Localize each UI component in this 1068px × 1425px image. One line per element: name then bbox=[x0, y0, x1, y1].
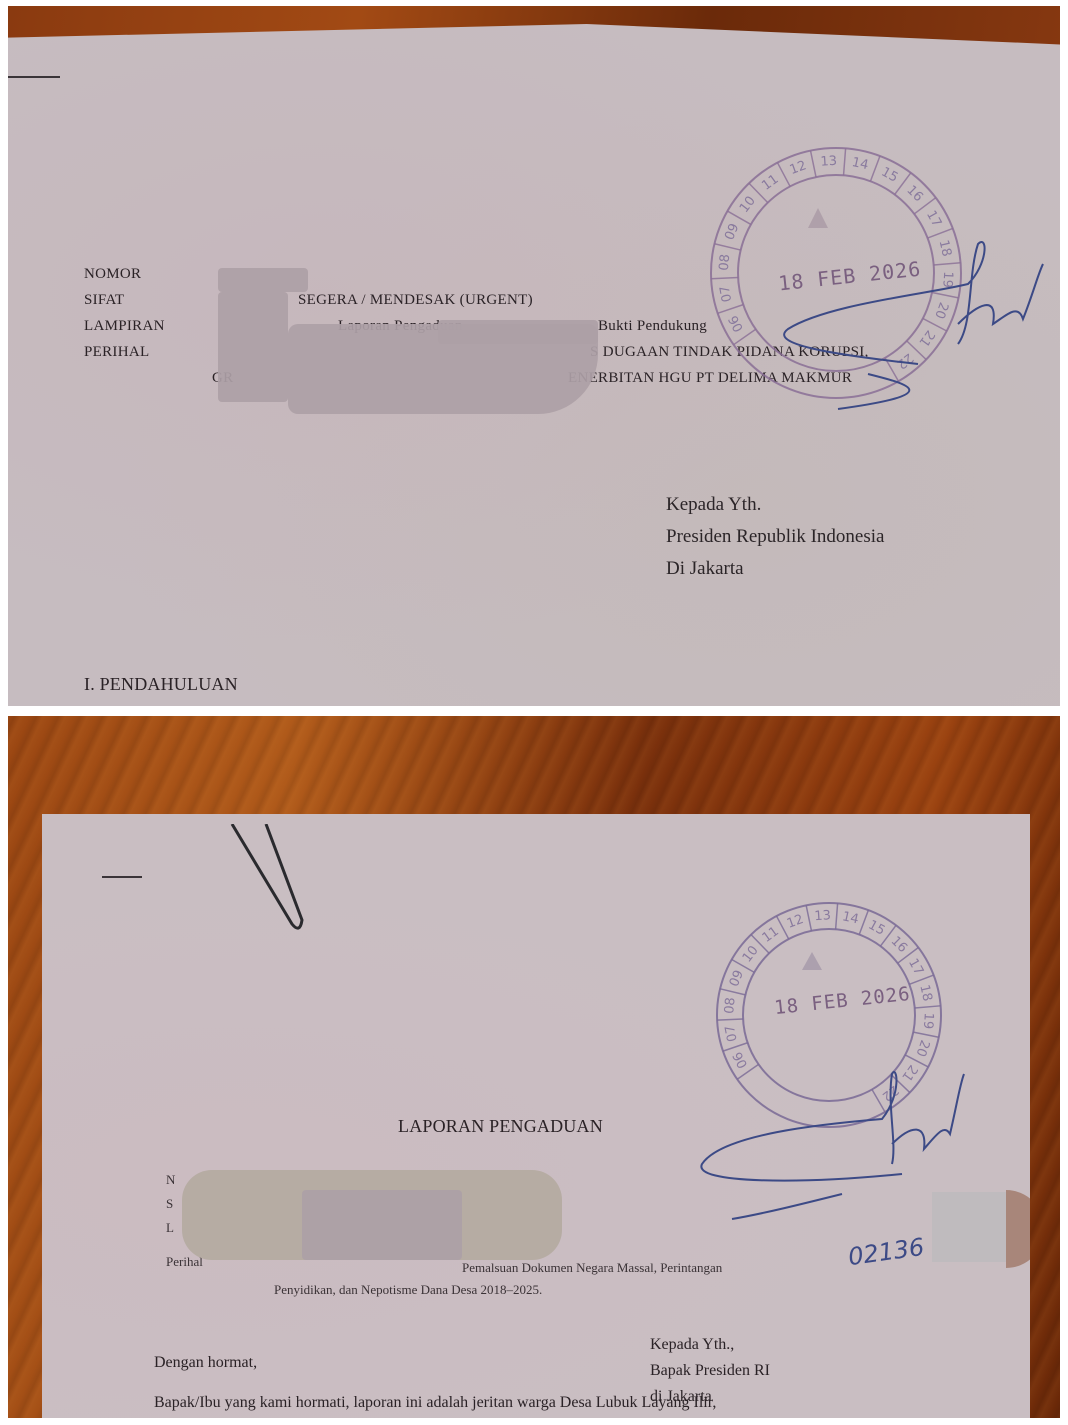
svg-text:08: 08 bbox=[722, 997, 739, 1015]
svg-text:07: 07 bbox=[718, 284, 736, 303]
svg-text:11: 11 bbox=[759, 172, 781, 194]
paper-clip-icon bbox=[222, 824, 312, 934]
svg-text:15: 15 bbox=[879, 165, 901, 186]
svg-text:10: 10 bbox=[740, 943, 762, 965]
document-title: LAPORAN PENGADUAN bbox=[398, 1116, 603, 1137]
svg-text:14: 14 bbox=[850, 155, 869, 173]
signature bbox=[768, 224, 1060, 424]
svg-text:15: 15 bbox=[866, 918, 888, 939]
redaction-block bbox=[438, 320, 598, 344]
svg-text:13: 13 bbox=[814, 908, 831, 924]
redaction-sticker bbox=[1006, 1190, 1044, 1268]
recipient-line-1: Kepada Yth. bbox=[666, 494, 761, 516]
redaction-block bbox=[218, 292, 288, 402]
lampiran-label: L bbox=[166, 1220, 174, 1236]
sifat-value: SEGERA / MENDESAK (URGENT) bbox=[298, 292, 533, 309]
perihal-value-1: Pemalsuan Dokumen Negara Massal, Perinta… bbox=[462, 1260, 722, 1276]
recipient-line-2: Presiden Republik Indonesia bbox=[666, 526, 884, 548]
body-line-1: Bapak/Ibu yang kami hormati, laporan ini… bbox=[154, 1394, 716, 1412]
svg-text:07: 07 bbox=[723, 1024, 741, 1043]
svg-text:12: 12 bbox=[785, 912, 806, 932]
lampiran-label: LAMPIRAN bbox=[84, 318, 165, 335]
perihal-value-2: Penyidikan, dan Nepotisme Dana Desa 2018… bbox=[274, 1282, 542, 1298]
photo-top: NOMOR SIFAT LAMPIRAN PERIHAL SEGERA / ME… bbox=[8, 6, 1060, 706]
svg-text:14: 14 bbox=[841, 909, 860, 927]
pen-mark bbox=[8, 76, 60, 78]
svg-text:09: 09 bbox=[722, 221, 742, 242]
lampiran-value-2: Bukti Pendukung bbox=[598, 318, 707, 335]
signature bbox=[682, 1044, 982, 1244]
redaction-block bbox=[302, 1190, 462, 1260]
nomor-label: N bbox=[166, 1172, 175, 1188]
svg-text:12: 12 bbox=[788, 158, 809, 178]
svg-text:08: 08 bbox=[717, 253, 734, 271]
svg-text:18: 18 bbox=[916, 983, 934, 1002]
svg-text:10: 10 bbox=[737, 194, 759, 216]
letter-page-top: NOMOR SIFAT LAMPIRAN PERIHAL SEGERA / ME… bbox=[8, 24, 1060, 706]
svg-text:16: 16 bbox=[903, 183, 925, 205]
svg-text:11: 11 bbox=[760, 924, 782, 946]
photo-bottom: LAPORAN PENGADUAN N S L Perihal Pemalsua… bbox=[8, 716, 1060, 1418]
svg-text:09: 09 bbox=[727, 968, 747, 989]
salutation: Dengan hormat, bbox=[154, 1354, 257, 1372]
pen-mark bbox=[102, 876, 142, 878]
letter-page-bottom: LAPORAN PENGADUAN N S L Perihal Pemalsua… bbox=[42, 814, 1030, 1418]
svg-text:06: 06 bbox=[726, 313, 747, 335]
svg-text:13: 13 bbox=[820, 154, 837, 170]
recipient-line-1: Kepada Yth., bbox=[650, 1336, 734, 1354]
recipient-line-3: Di Jakarta bbox=[666, 558, 744, 580]
redaction-block bbox=[218, 268, 308, 292]
recipient-line-2: Bapak Presiden RI bbox=[650, 1362, 770, 1380]
section-heading: I. PENDAHULUAN bbox=[84, 674, 238, 695]
svg-text:17: 17 bbox=[905, 956, 926, 978]
perihal-label: PERIHAL bbox=[84, 344, 149, 361]
nomor-label: NOMOR bbox=[84, 266, 141, 283]
sifat-label: SIFAT bbox=[84, 292, 124, 309]
sifat-label: S bbox=[166, 1196, 173, 1212]
svg-text:16: 16 bbox=[888, 934, 910, 956]
photo-divider bbox=[0, 706, 1068, 716]
svg-text:19: 19 bbox=[920, 1012, 936, 1029]
